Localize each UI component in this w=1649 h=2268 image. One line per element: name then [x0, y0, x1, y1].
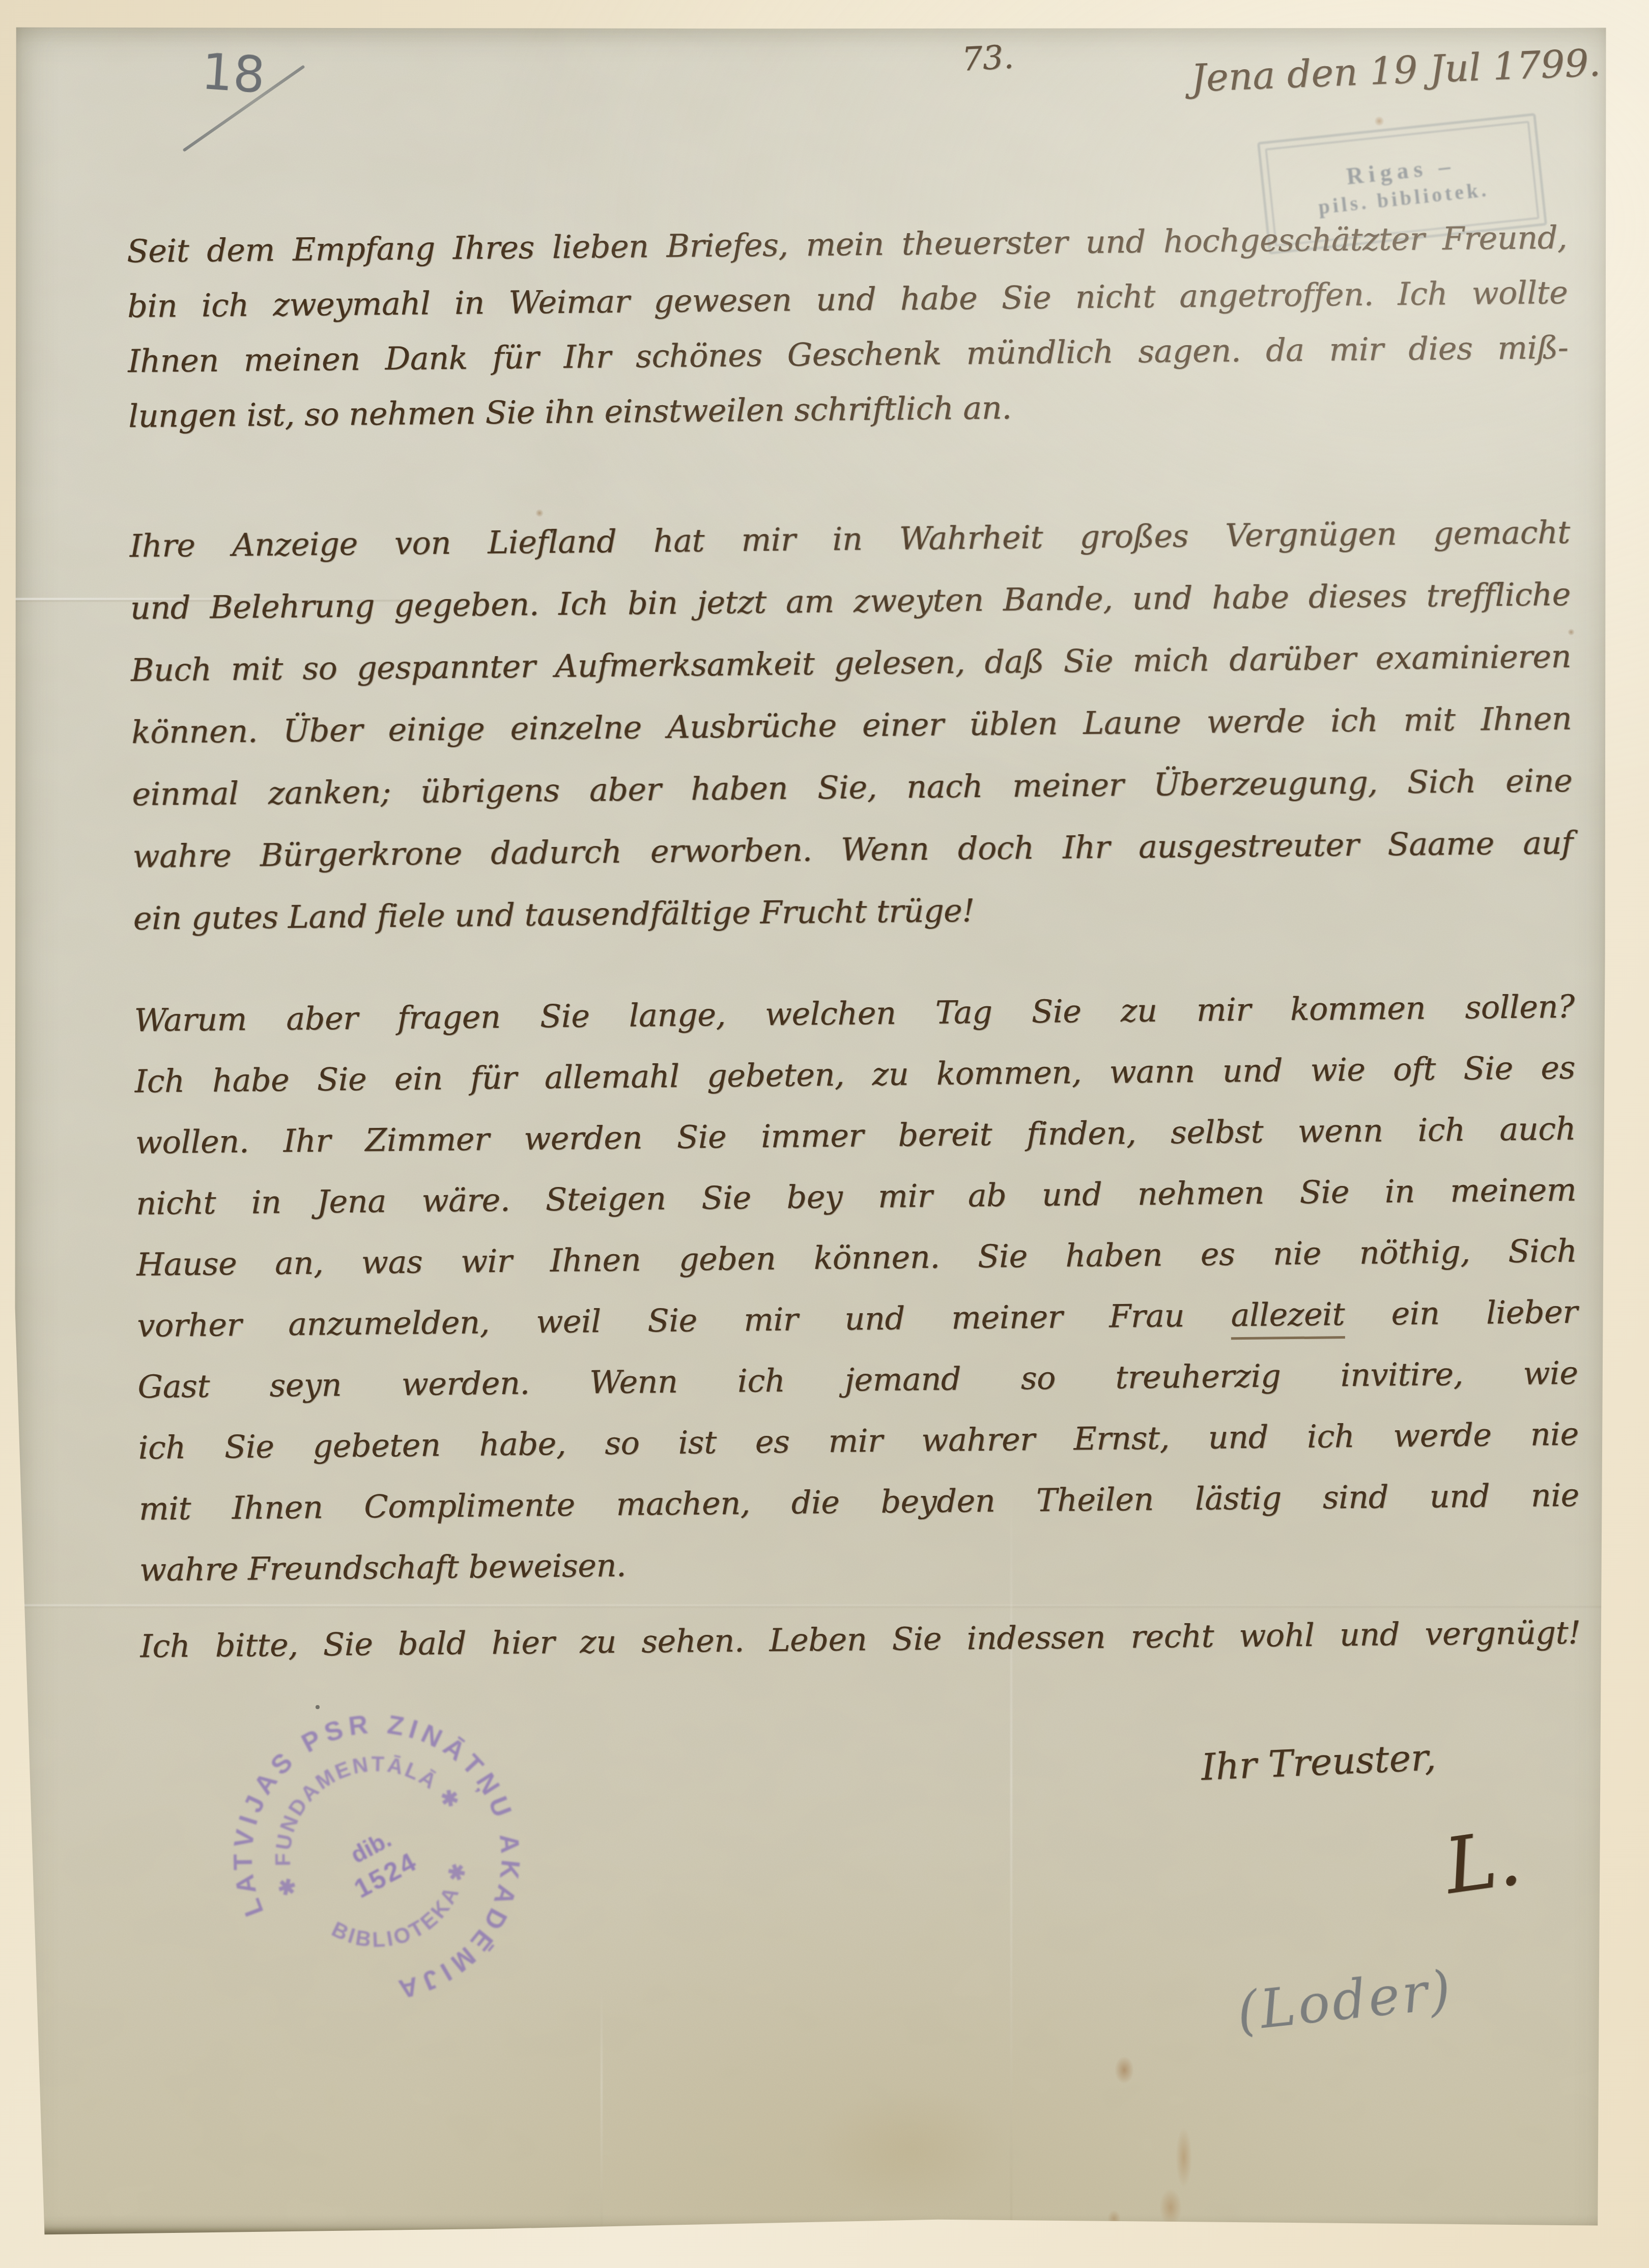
foxing-spot	[1374, 116, 1384, 126]
manuscript-line: und Belehrung gegeben. Ich bin jetzt am …	[130, 563, 1571, 639]
manuscript-line: bin ich zweymahl in Weimar gewesen und h…	[127, 265, 1568, 334]
academy-library-stamp: LATVIJAS PSR ZINĀTŅU AKADĒMIJA ✱ FUNDAME…	[163, 1645, 590, 2072]
manuscript-line: Ich habe Sie ein für allemahl gebeten, z…	[134, 1037, 1575, 1112]
pencil-attribution: (Loder)	[1234, 1959, 1456, 2043]
aging-stain	[814, 2087, 1008, 2209]
academy-stamp-outer-text: LATVIJAS PSR ZINĀTŅU AKADĒMIJA	[176, 1657, 578, 2058]
riga-library-stamp: Rigas – pils. bibliotek.	[1257, 113, 1547, 254]
manuscript-line: Ihnen meinen Dank für Ihr schönes Gesche…	[128, 320, 1569, 389]
manuscript-line: nicht in Jena wäre. Steigen Sie bey mir …	[136, 1159, 1577, 1234]
academy-stamp-center-line1: dib.	[346, 1826, 395, 1868]
manuscript-line: mit Ihnen Complimente machen, die beyden…	[138, 1465, 1579, 1540]
manuscript-line: ein gutes Land fiele und tausendfältige …	[133, 874, 1574, 950]
fold-crease	[1010, 1477, 1012, 2235]
foxing-spot	[1107, 2210, 1121, 2227]
svg-text:BIBLIOTEKA ✱: BIBLIOTEKA ✱	[322, 1850, 492, 1979]
letter-dateline: Jena den 19 Jul 1799.	[1190, 41, 1599, 101]
manuscript-line: vorher anzumelden, weil Sie mir und mein…	[137, 1282, 1578, 1356]
manuscript-line: Warum aber fragen Sie lange, welchen Tag…	[134, 976, 1575, 1051]
fold-crease	[14, 598, 401, 600]
letter-paragraph: Ihre Anzeige von Liefland hat mir in Wah…	[129, 501, 1574, 950]
scan-backing-sheet: 18 73. Jena den 19 Jul 1799. Rigas – pil…	[0, 0, 1649, 2268]
fiber-speck	[316, 1705, 320, 1709]
underlined-word: allezeit	[1231, 1295, 1345, 1340]
paper-edge-shading	[14, 26, 1607, 2235]
foxing-spot	[535, 509, 544, 517]
foxing-spot	[1568, 629, 1575, 636]
academy-stamp-center-line2: 1524	[350, 1847, 423, 1904]
letter-signature: L.	[1440, 1813, 1526, 1912]
letter-paragraph: Ich bitte, Sie bald hier zu sehen. Leben…	[140, 1602, 1581, 1677]
riga-library-stamp-frame: Rigas – pils. bibliotek.	[1265, 121, 1539, 247]
academy-stamp-inner-bottom-text: BIBLIOTEKA ✱	[322, 1850, 492, 1979]
foxing-spot	[1176, 2128, 1192, 2188]
manuscript-line: einmal zanken; übrigens aber haben Sie, …	[132, 750, 1573, 826]
pencil-slash-mark	[183, 65, 305, 152]
manuscript-line: Gast seyn werden. Wenn ich jemand so tre…	[137, 1343, 1578, 1417]
paper-texture	[14, 26, 1607, 2235]
manuscript-line: Ich bitte, Sie bald hier zu sehen. Leben…	[140, 1602, 1581, 1677]
fold-crease	[14, 1604, 1607, 1606]
manuscript-line: Buch mit so gespannter Aufmerksamkeit ge…	[131, 626, 1572, 701]
manuscript-line: lungen ist, so nehmen Sie ihn einstweile…	[128, 375, 1569, 444]
manuscript-line: wahre Freundschaft beweisen.	[139, 1526, 1580, 1601]
manuscript-line: Ihre Anzeige von Liefland hat mir in Wah…	[129, 501, 1570, 577]
svg-text:LATVIJAS PSR ZINĀTŅU AKADĒMIJA: LATVIJAS PSR ZINĀTŅU AKADĒMIJA	[176, 1657, 578, 2058]
manuscript-line: Hause an, was wir Ihnen geben können. Si…	[136, 1221, 1577, 1295]
foxing-spot	[1115, 2056, 1134, 2084]
archival-corner-number: 18	[200, 43, 267, 105]
riga-stamp-line2: pils. bibliotek.	[1317, 177, 1490, 219]
letter-closing: Ihr Treuster,	[1200, 1736, 1437, 1789]
letter-paragraph: Seit dem Empfang Ihres lieben Briefes, m…	[127, 210, 1569, 444]
manuscript-line: können. Über einige einzelne Ausbrüche e…	[131, 688, 1572, 763]
svg-text:✱ FUNDAMENTĀLĀ ✱: ✱ FUNDAMENTĀLĀ ✱	[233, 1714, 468, 1903]
letter-sheet: 18 73. Jena den 19 Jul 1799. Rigas – pil…	[14, 26, 1607, 2235]
scanned-letter-page: { "scan": { "description": "Handwritten …	[0, 0, 1649, 2268]
foxing-spot	[1159, 2189, 1182, 2226]
manuscript-line: wahre Bürgerkrone dadurch erworben. Wenn…	[132, 812, 1573, 888]
letter-paragraph: Warum aber fragen Sie lange, welchen Tag…	[134, 976, 1580, 1601]
fold-crease	[601, 1986, 603, 2235]
manuscript-line: Seit dem Empfang Ihres lieben Briefes, m…	[127, 210, 1568, 279]
folded-bottom-edge	[38, 2227, 1583, 2235]
archival-page-number: 73.	[961, 38, 1015, 78]
manuscript-line: ich Sie gebeten habe, so ist es mir wahr…	[138, 1404, 1579, 1479]
letter-body: Seit dem Empfang Ihres lieben Briefes, m…	[125, 13, 1565, 26]
riga-stamp-line1: Rigas –	[1345, 152, 1457, 190]
manuscript-line: wollen. Ihr Zimmer werden Sie immer bere…	[135, 1098, 1576, 1173]
academy-stamp-inner-top-text: ✱ FUNDAMENTĀLĀ ✱	[233, 1714, 468, 1903]
